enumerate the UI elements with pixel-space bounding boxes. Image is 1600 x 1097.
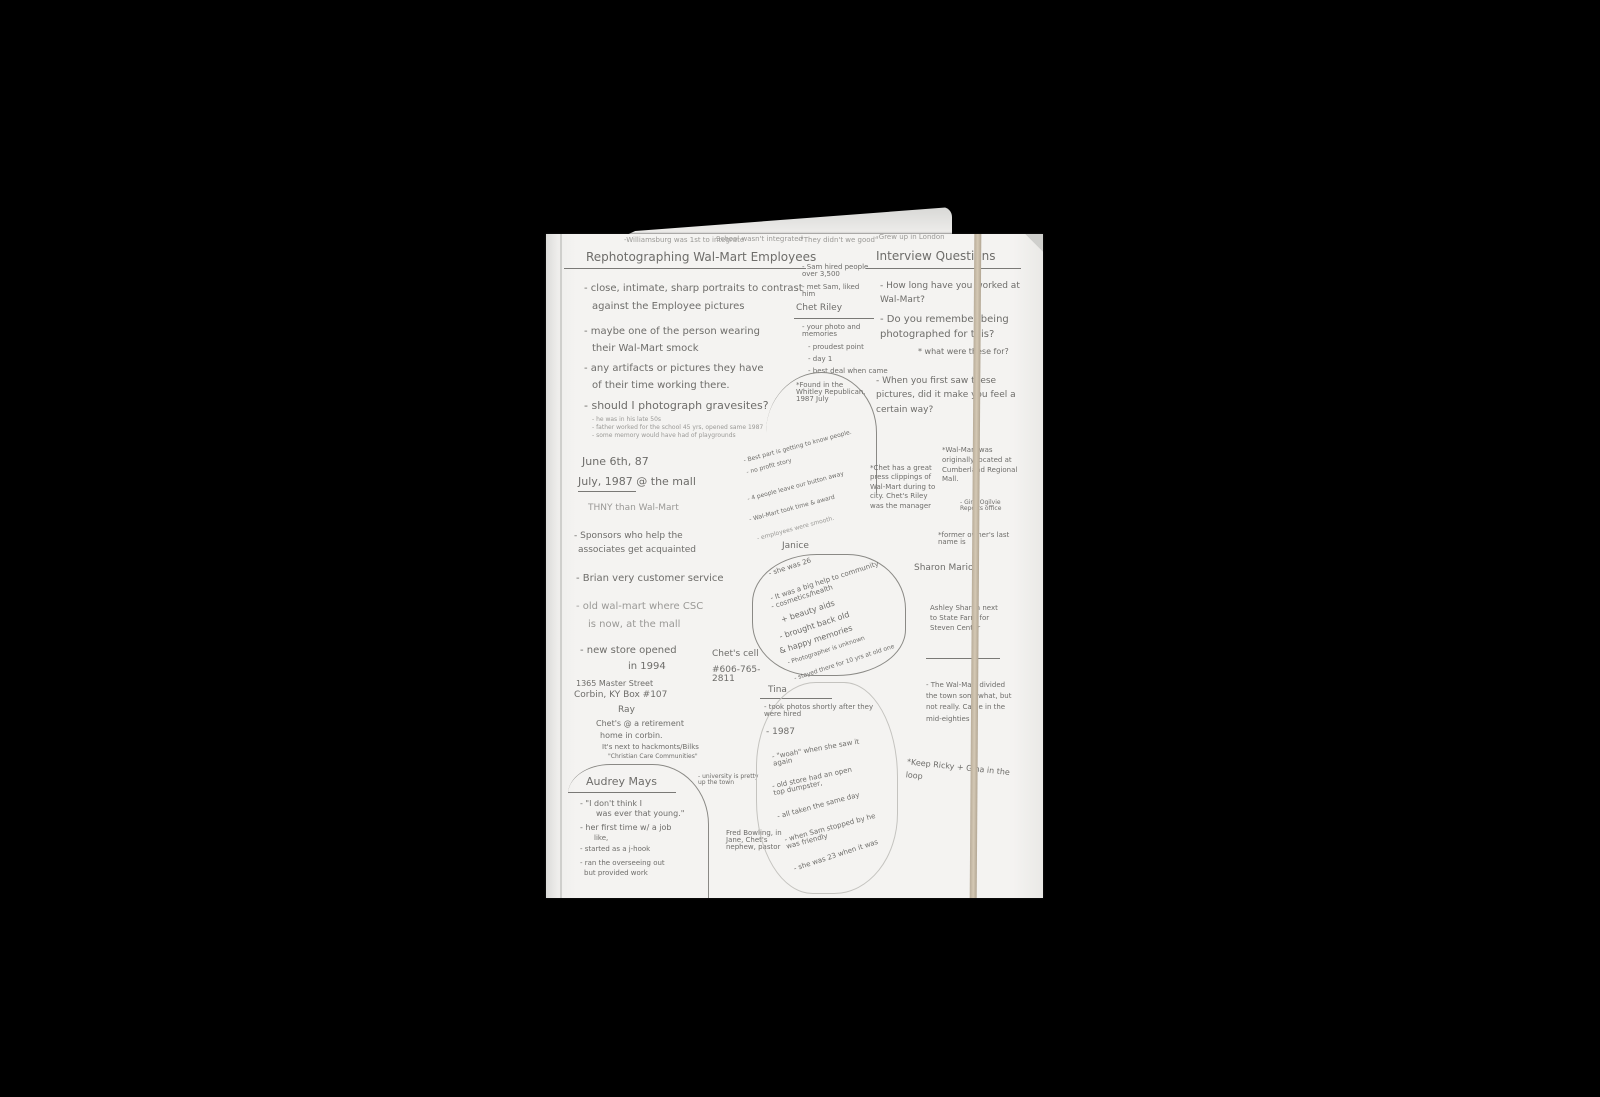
note-line: their Wal-Mart smock <box>592 344 699 354</box>
note-line: - "I don't think I <box>580 800 642 808</box>
side-note: - university is pretty up the town <box>698 774 760 786</box>
note-line: - ran the overseeing out <box>580 860 665 867</box>
sub-note: - father worked for the school 45 yrs, o… <box>592 425 763 431</box>
note-line: - 1987 <box>766 728 795 737</box>
interview-question: * what were these for? <box>918 346 1018 357</box>
note-divider <box>926 658 1000 659</box>
note-line: - her first time w/ a job <box>580 824 671 832</box>
audrey-title: Audrey Mays <box>586 776 657 787</box>
note-line: - close, intimate, sharp portraits to co… <box>584 284 803 294</box>
folded-corner <box>1021 234 1043 256</box>
note-line: - took photos shortly after they were hi… <box>764 704 884 718</box>
margin-note: School wasn't integrated <box>716 236 803 243</box>
note-line: - employees were smooth. <box>757 516 835 542</box>
bottom-note: *Keep Ricky + Gina in the loop <box>905 756 1017 793</box>
interview-question: - How long have you worked at Wal-Mart? <box>880 280 1030 307</box>
found-note: *Found in the Whitley Republican, 1987 J… <box>796 382 866 403</box>
gina-note: - Gina Ogilvie Reports office <box>960 500 1024 512</box>
note-line: of their time working there. <box>592 381 730 391</box>
interview-question: - Do you remember being photographed for… <box>880 312 1030 342</box>
note-line: in 1994 <box>628 662 666 672</box>
note-line: was ever that young." <box>596 810 684 818</box>
phone-label: Chet's cell <box>712 650 759 659</box>
page-title: Rephotographing Wal-Mart Employees <box>586 251 816 263</box>
note-line: - maybe one of the person wearing <box>584 327 760 337</box>
sub-note: - some memory would have had of playgrou… <box>592 433 736 439</box>
note-line: It's next to hackmonts/Bilks <box>602 744 699 751</box>
interview-question: - When you first saw these pictures, did… <box>876 374 1026 417</box>
date-note: June 6th, 87 <box>582 456 649 467</box>
address-line: 1365 Master Street <box>576 680 653 688</box>
note-line: - started as a j-hook <box>580 846 650 853</box>
note-line: but provided work <box>584 870 648 877</box>
note-line: - proudest point <box>808 344 864 351</box>
notebook-page: -Williamsburg was 1st to integrate Schoo… <box>546 234 1043 898</box>
title-underline <box>866 268 1021 269</box>
walmart-note: *Wal-Mart was originally located at Cumb… <box>942 446 1020 485</box>
note-line: - new store opened <box>580 646 677 656</box>
margin-note: -Grew up in London <box>876 234 945 241</box>
note-line: against the Employee pictures <box>592 302 744 312</box>
ashley-note: Ashley Sharon next to State Farm for Ste… <box>930 604 1004 633</box>
note-line: - your photo and memories <box>802 324 872 338</box>
audrey-underline <box>568 792 676 793</box>
note-line: - day 1 <box>808 356 832 363</box>
note-line: - Brian very customer service <box>576 574 724 584</box>
title-underline <box>564 268 806 269</box>
note-line: is now, at the mall <box>588 620 680 630</box>
note-line: - old wal-mart where CSC <box>576 602 703 612</box>
note-line: "Christian Care Communities" <box>608 754 698 760</box>
janice-title: Janice <box>782 542 809 551</box>
date-underline <box>578 491 636 492</box>
ray-title: Ray <box>618 706 635 715</box>
chet-title: Chet Riley <box>796 304 842 313</box>
chet-underline <box>794 318 874 319</box>
note-line: THNY than Wal-Mart <box>588 504 679 513</box>
margin-note: -"They didn't we good" <box>798 237 878 244</box>
owner-name: Sharon Marion <box>914 564 979 573</box>
press-note: *Chet has a great press clippings of Wal… <box>870 464 938 511</box>
date-note: July, 1987 @ the mall <box>578 476 696 487</box>
phone-number: #606-765-2811 <box>712 666 770 684</box>
note-line: home in corbin. <box>600 732 663 740</box>
note-line: - met Sam, liked him <box>802 284 862 298</box>
address-line: Corbin, KY Box #107 <box>574 691 667 700</box>
note-line: associates get acquainted <box>578 546 696 555</box>
page-gutter <box>560 234 562 898</box>
note-line: Chet's @ a retirement <box>596 720 684 728</box>
note-line: - should I photograph gravesites? <box>584 400 769 411</box>
note-line: - any artifacts or pictures they have <box>584 364 764 374</box>
sub-note: - he was in his late 50s <box>592 417 661 423</box>
note-line: - Sponsors who help the <box>574 532 683 541</box>
note-line: - Sam hired people over 3,500 <box>802 264 872 278</box>
note-line: like, <box>594 835 608 842</box>
